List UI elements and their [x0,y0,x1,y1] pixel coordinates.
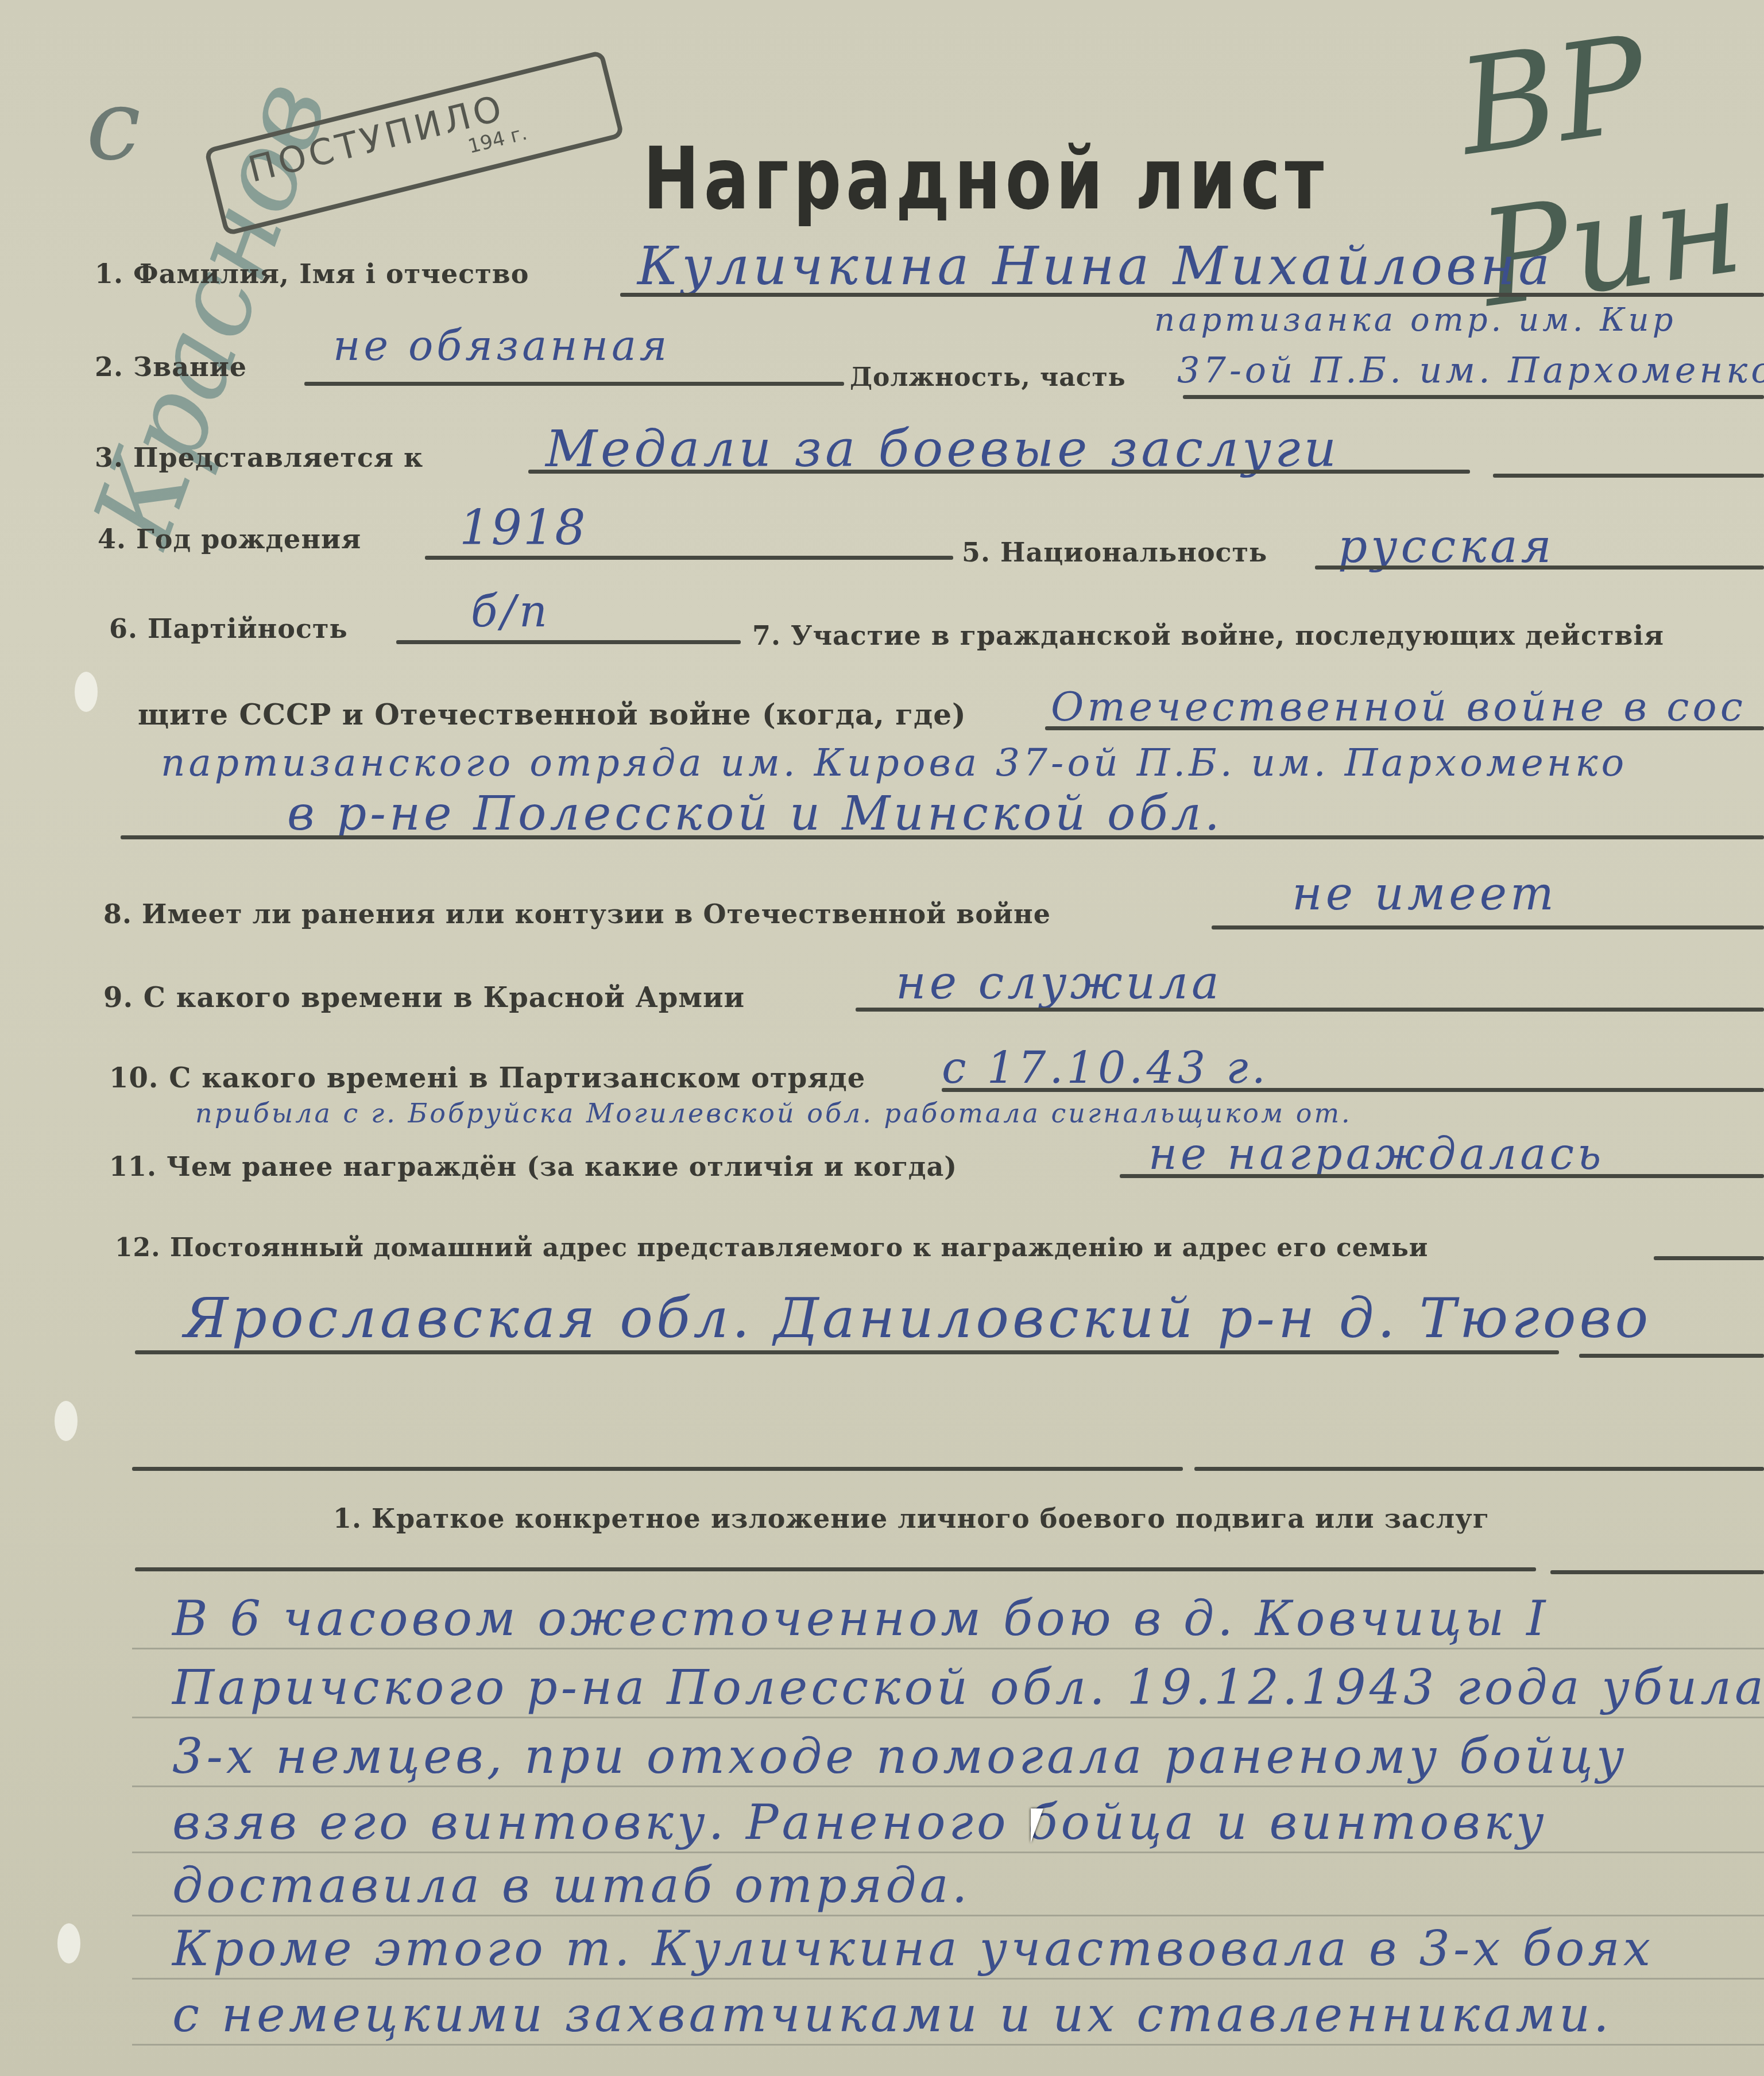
field-label: Участие в гражданской войне, последующих… [791,620,1664,651]
mouse-cursor [1031,1808,1043,1843]
narrative-line-2: Паричского р-на Полесской обл. 19.12.194… [172,1659,1764,1715]
field-11-label: 11. Чем ранее награждён (за какие отличі… [109,1151,957,1182]
section-heading: 1. Краткое конкретное изложение личного … [333,1503,1490,1534]
field-1-label: 1. Фамилия, Імя і отчество [95,258,529,289]
field-num: 4. [98,524,126,555]
field-12-label: 12. Постоянный домашний адрес представля… [115,1233,1428,1262]
field-11-line [1120,1174,1764,1178]
ruled-line [132,1915,1764,1916]
field-label: Партійность [148,613,348,644]
field-12-line-e [1194,1467,1764,1471]
ruled-line [132,1785,1764,1787]
narrative-line-4: взяв его винтовку. Раненого бойца и винт… [172,1794,1548,1850]
ruled-line [132,1717,1764,1718]
ruled-line [132,2044,1764,2046]
field-num: 10. [109,1062,159,1094]
field-9-value: не служила [896,956,1223,1009]
field-2-label: 2. Звание [95,351,247,382]
field-7-label-line2: щите СССР и Отечественной войне (когда, … [138,698,966,731]
field-4-label: 4. Год рождения [98,524,361,555]
field-6-line [396,640,741,644]
field-1-line [620,293,1764,297]
field-num: 9. [103,982,133,1014]
field-2-line [304,382,844,386]
field-8-value: не имеет [1292,867,1557,920]
position-line [1183,395,1764,399]
field-6-value: б/п [471,586,551,637]
corner-mark: с [86,69,141,183]
field-3-line-a [528,470,1470,474]
ruled-line [132,1852,1764,1853]
field-7-value-line3: в р-не Полесской и Минской обл. [287,787,1223,841]
punch-hole [55,1401,78,1441]
field-label: Год рождения [136,524,361,555]
ruled-line [132,1978,1764,1980]
field-2-value: не обязанная [333,322,671,370]
field-12-line-c [1579,1354,1764,1358]
punch-hole [75,672,98,712]
field-5-line [1315,566,1764,570]
position-label: Должность, часть [850,363,1126,392]
field-7-value-line1: Отечественной войне в сос [1051,683,1746,730]
section-line-b [1550,1570,1764,1574]
field-num: 12. [115,1233,161,1262]
field-9-line [856,1008,1764,1012]
page-title: Наградной лист [643,129,1328,229]
narrative-line-6: Кроме этого т. Куличкина участвовала в 3… [172,1920,1654,1977]
field-1-value: Куличкина Нина Михайловна [637,235,1553,297]
field-num: 8. [103,898,132,929]
section-line-a [135,1567,1536,1571]
field-label: Национальность [1000,537,1267,568]
field-4-line [425,556,953,560]
narrative-line-1: В 6 часовом ожесточенном бою в д. Ковчиц… [172,1590,1549,1647]
ruled-line [132,1648,1764,1649]
field-3-line-b [1493,474,1764,478]
section-heading-text: Краткое конкретное изложение личного бое… [372,1503,1490,1534]
narrative-line-5: доставила в штаб отряда. [172,1857,970,1914]
field-10-note: прибыла с г. Бобруйска Могилевской обл. … [195,1098,1352,1129]
field-num: 11. [109,1151,157,1182]
position-value-line1: партизанка отр. им. Кир [1154,301,1677,339]
narrative-line-7: с немецкими захватчиками и их ставленник… [172,1986,1612,2043]
field-11-value: не награждалась [1148,1128,1604,1179]
narrative-line-3: 3-х немцев, при отходе помогала раненому… [172,1728,1628,1784]
field-num: 7. [752,620,781,651]
field-7-line3 [121,835,1764,839]
field-num: 2. [95,351,123,382]
field-label: Фамилия, Імя і отчество [133,258,529,289]
field-7-value-line2: партизанского отряда им. Кирова 37-ой П.… [161,741,1627,785]
field-10-line [942,1088,1764,1092]
field-num: 5. [962,537,991,568]
field-label: Чем ранее награждён (за какие отличія и … [167,1151,957,1182]
field-8-line [1212,925,1764,929]
position-value-line2: 37-ой П.Б. им. Пархоменко [1177,349,1764,391]
field-num: 3. [95,442,123,473]
field-label: С какого времені в Партизанском отряде [169,1062,865,1094]
field-10-label: 10. С какого времені в Партизанском отря… [109,1062,865,1094]
award-sheet-page: с ВР Рин Краснов ПОСТУПИЛО 194 г. Наград… [0,0,1764,2076]
field-label: Представляется к [133,442,423,473]
field-label: Имеет ли ранения или контузии в Отечеств… [142,898,1051,929]
field-12-line-a [1654,1256,1764,1260]
field-num: 6. [109,613,138,644]
field-7-label-line1: 7. Участие в гражданской войне, последую… [752,620,1664,651]
field-4-value: 1918 [459,499,587,556]
punch-hole [57,1923,80,1963]
field-12-line-b [135,1350,1559,1354]
field-5-label: 5. Национальность [962,537,1267,568]
field-12-line-d [132,1467,1183,1471]
field-3-label: 3. Представляется к [95,442,423,473]
field-label: Постоянный домашний адрес представляемог… [170,1233,1429,1262]
section-num: 1. [333,1503,362,1534]
field-6-label: 6. Партійность [109,613,348,644]
field-8-label: 8. Имеет ли ранения или контузии в Отече… [103,898,1051,929]
field-12-value: Ярославская обл. Даниловский р-н д. Тюго… [184,1286,1651,1350]
field-10-value: с 17.10.43 г. [942,1042,1269,1093]
field-num: 1. [95,258,123,289]
field-9-label: 9. С какого времени в Красной Армии [103,982,745,1014]
field-label: Звание [133,351,247,382]
field-7-line1 [1045,726,1764,730]
field-label: С какого времени в Красной Армии [144,982,745,1014]
